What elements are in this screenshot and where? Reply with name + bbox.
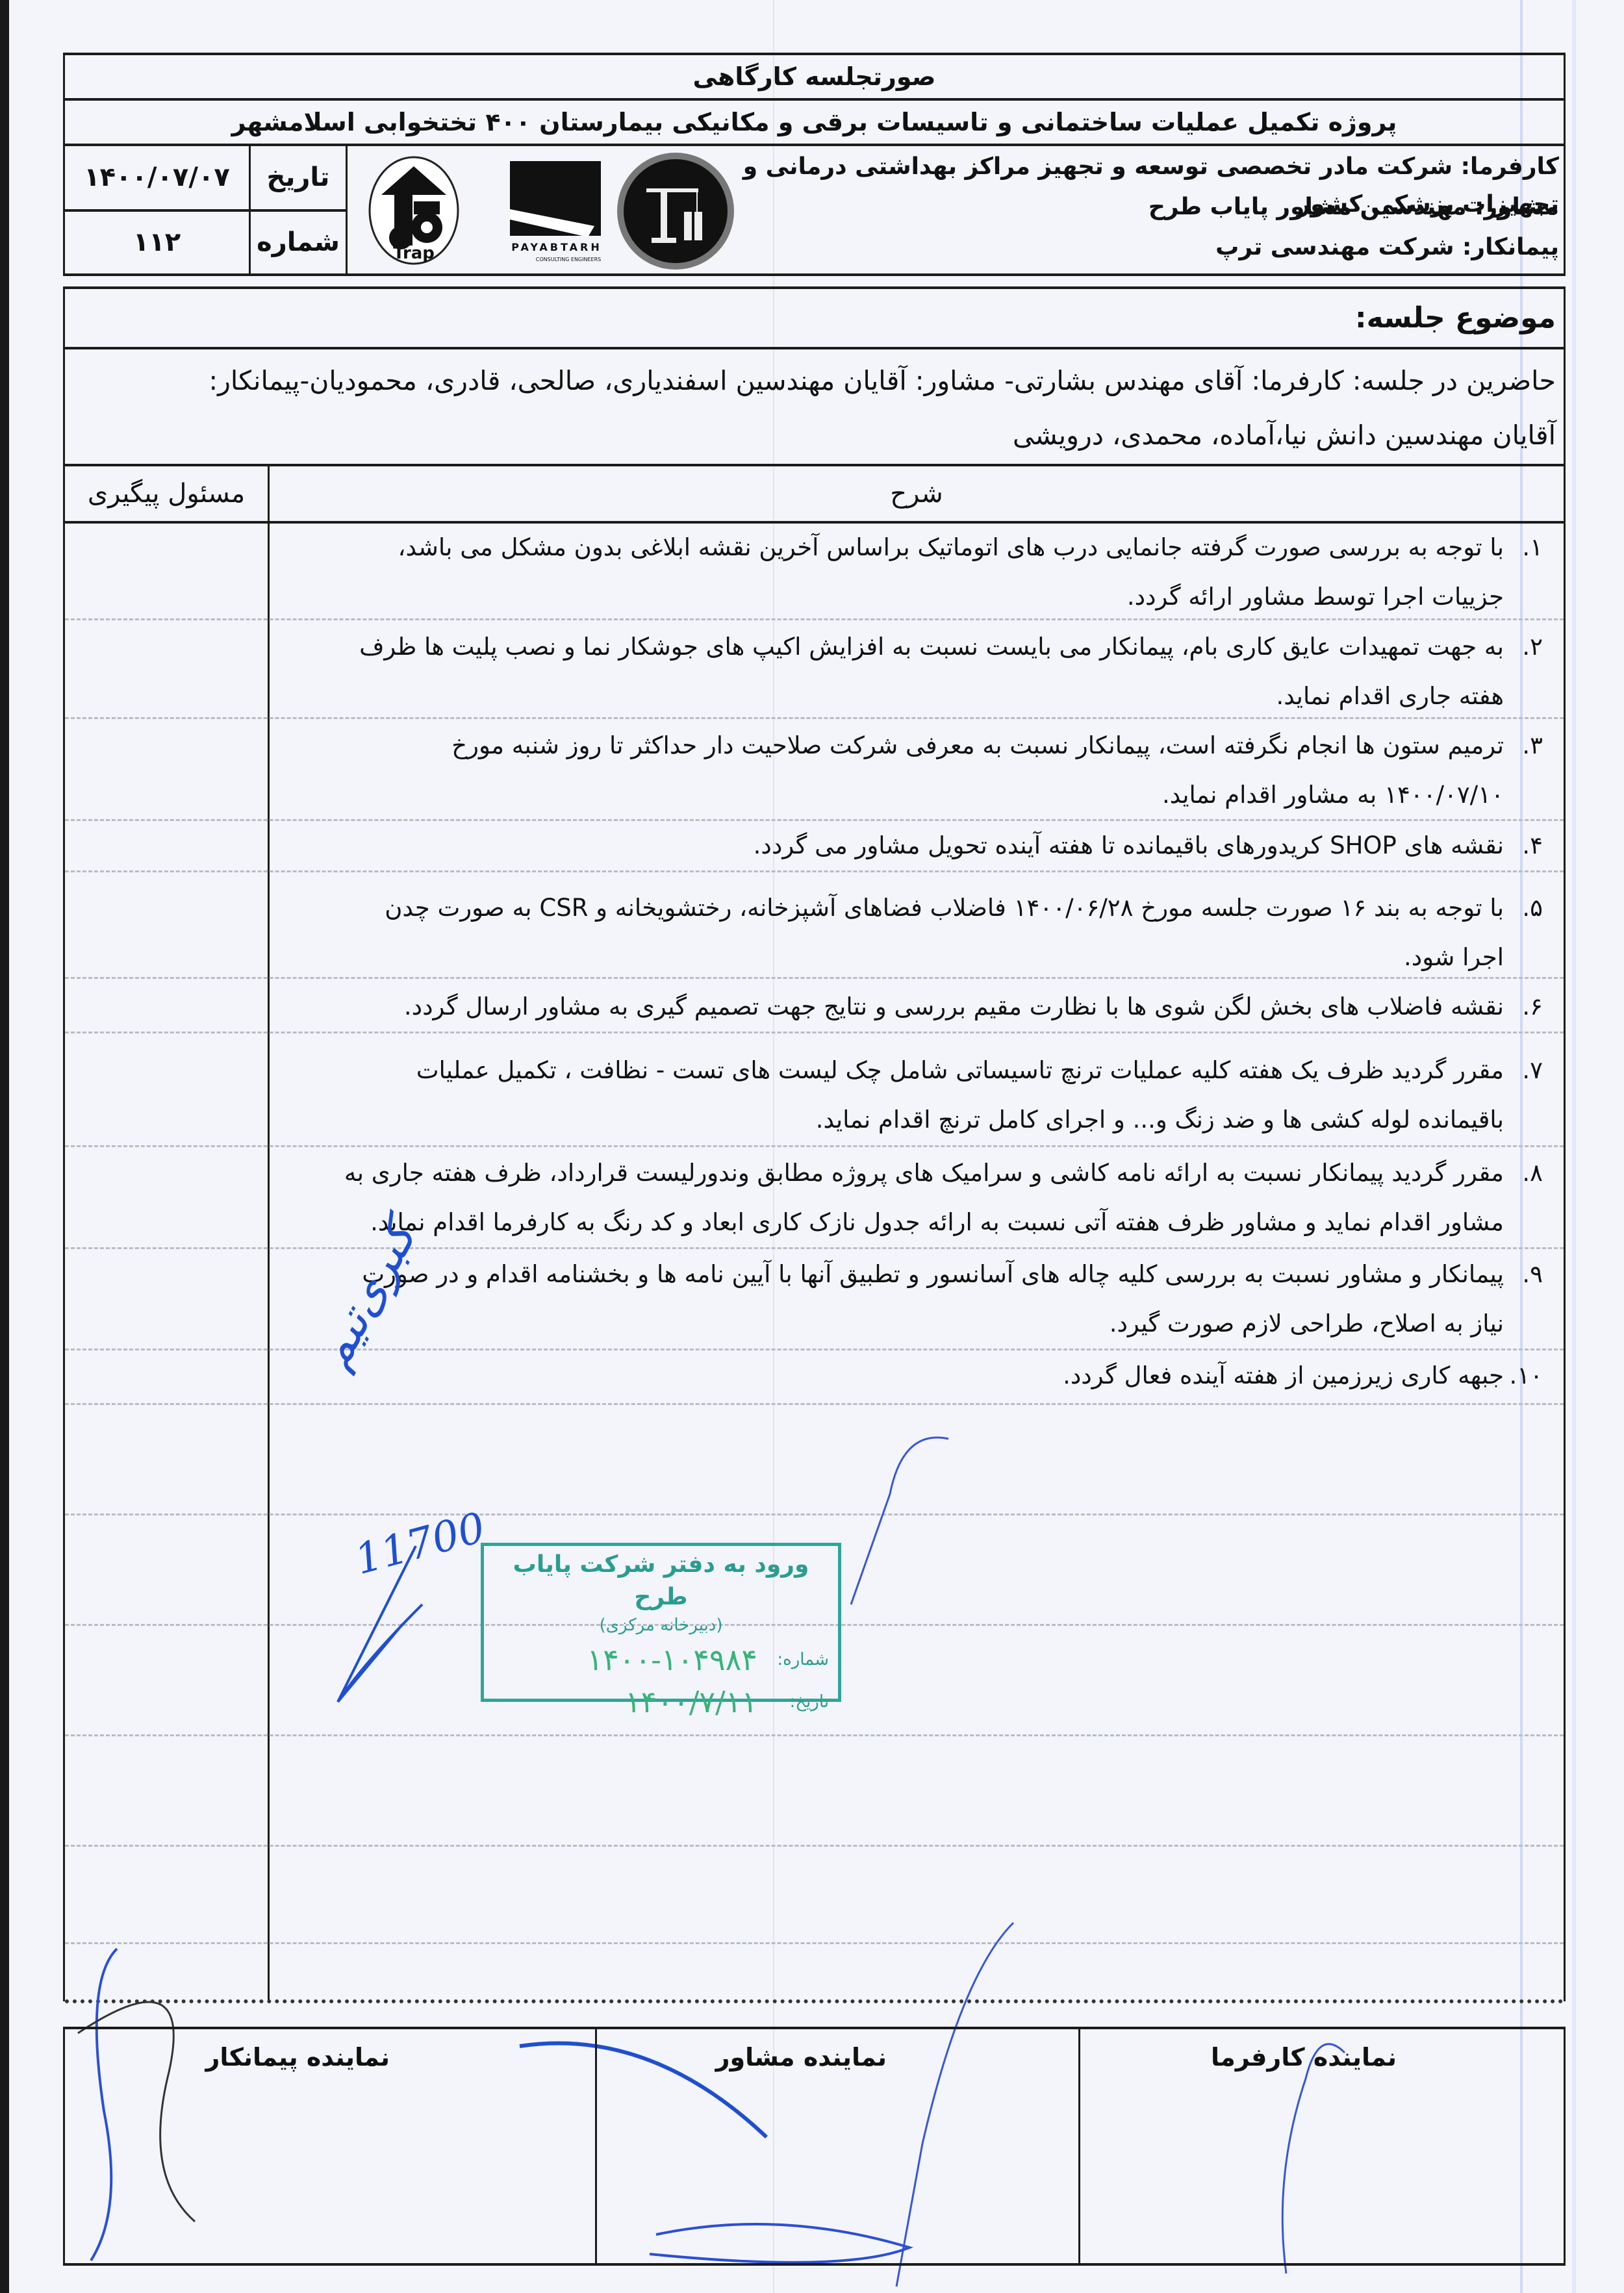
registry-stamp: ورود به دفتر شرکت پایاب طرح (دبیرخانه مر… [481,1543,841,1702]
stamp-date-label: تاریخ: [757,1692,829,1712]
stamp-subtitle: (دبیرخانه مرکزی) [484,1614,838,1637]
consultant-representative-label: نماینده مشاور [601,2043,887,2071]
contractor-representative-label: نماینده پیمانکار [68,2043,390,2071]
stamp-date-value: ۱۴۰۰/۷/۱۱ [625,1684,757,1719]
employer-signature [1104,2085,1546,2254]
contractor-signature [71,2085,591,2254]
employer-representative-label: نماینده کارفرما [1085,2043,1397,2071]
pen-strokes [0,0,1624,2293]
stamp-number-value: ۱۴۰۰-۱۰۴۹۸۴ [587,1642,757,1677]
stamp-number-label: شماره: [757,1650,829,1669]
stamp-title: ورود به دفتر شرکت پایاب طرح [484,1549,838,1614]
consultant-signature [604,2085,1072,2254]
